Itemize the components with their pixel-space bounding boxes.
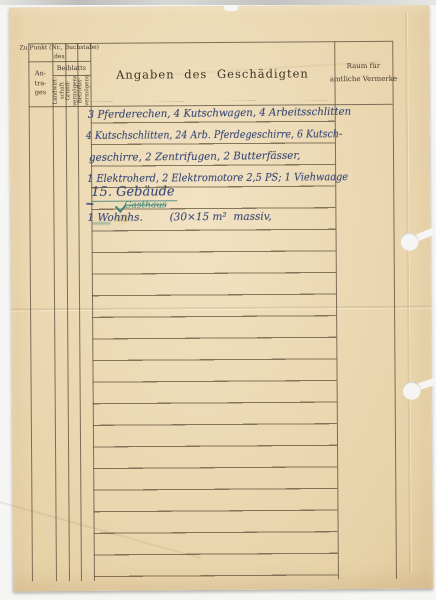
rotated-column-text: Landwirt- schaft bbox=[52, 77, 65, 104]
handwritten-entry-line3: geschirre, 2 Zentrifugen, 2 Butterfässer… bbox=[89, 150, 300, 164]
stray-pen-dash bbox=[86, 203, 93, 205]
table-column-line bbox=[77, 43, 82, 581]
beiblatts-label: Beiblatts bbox=[52, 61, 90, 75]
punch-hole bbox=[403, 382, 421, 400]
scanner-edge-shadow bbox=[0, 0, 436, 5]
table-border-line bbox=[392, 41, 397, 579]
official-remarks-column-title: Raum für amtliche Vermerke bbox=[334, 41, 392, 104]
antrages-column-label: An- tra- ges bbox=[28, 61, 52, 106]
grundvermoegen-column-label: Grund- vermögens bbox=[65, 75, 77, 106]
table-border-line bbox=[28, 43, 33, 581]
handwritten-entry-line4: 1 Elektroherd, 2 Elektromotore 2,5 PS; 1… bbox=[87, 171, 348, 185]
zu-punkt-label: Zu Punkt (Nr., Buchstabe) des bbox=[28, 43, 90, 61]
betriebsvermoegen-column-label: Betriebs- vermögens bbox=[77, 75, 90, 106]
table-column-line bbox=[65, 43, 70, 581]
main-column-title: Angaben des Geschädigten bbox=[90, 41, 334, 106]
scanned-form-page: Zu Punkt (Nr., Buchstabe) des An- tra- g… bbox=[9, 5, 433, 592]
punch-hole bbox=[401, 233, 419, 251]
rotated-column-text: Betriebs- vermögens bbox=[77, 75, 90, 106]
handwritten-entry-line2: 4 Kutschschlitten, 24 Arb. Pferdegeschir… bbox=[86, 128, 342, 142]
landwirtschaft-column-label: Landwirt- schaft bbox=[52, 75, 65, 106]
vertical-fold-crease bbox=[405, 13, 411, 573]
handwritten-insertion-struck: Gasthaus bbox=[124, 200, 166, 210]
handwritten-entry-line5: 1 Wohnhs. (30×15 m² massiv, bbox=[87, 211, 271, 224]
handwritten-section-heading: 15. Gebäude bbox=[91, 184, 177, 202]
table-column-line bbox=[52, 43, 57, 581]
